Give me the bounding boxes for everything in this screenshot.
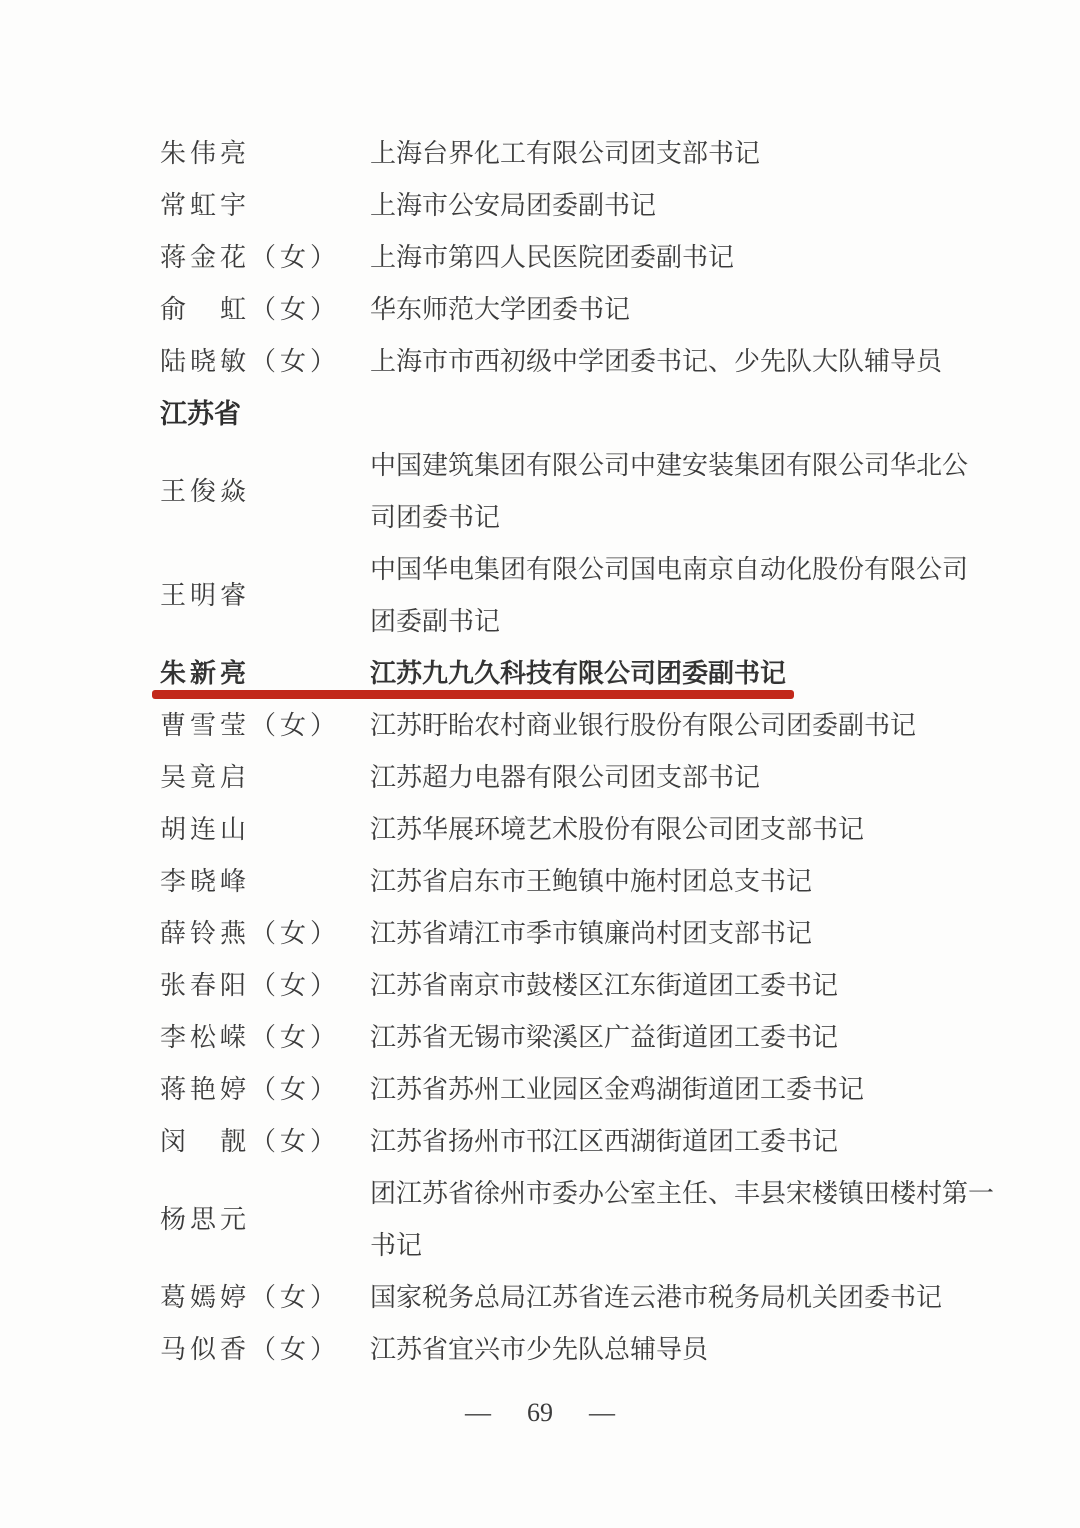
footer-left-dash: — [465, 1398, 491, 1428]
entry-title: 江苏省扬州市邗江区西湖街道团工委书记 [370, 1116, 838, 1168]
entry-name: 杨思元 [160, 1194, 370, 1246]
entry-title: 江苏省宜兴市少先队总辅导员 [370, 1324, 708, 1376]
entry-title-line: 江苏省宜兴市少先队总辅导员 [370, 1324, 708, 1376]
entry-row: 张春阳（女）江苏省南京市鼓楼区江东街道团工委书记 [160, 960, 970, 1012]
entry-row: 蒋艳婷（女）江苏省苏州工业园区金鸡湖街道团工委书记 [160, 1064, 970, 1116]
section-header: 江苏省 [160, 388, 970, 440]
entry-name: 王明睿 [160, 570, 370, 622]
entry-title-line: 司团委书记 [370, 492, 968, 544]
entry-row: 朱伟亮上海台界化工有限公司团支部书记 [160, 128, 970, 180]
entry-title-line: 团委副书记 [370, 596, 968, 648]
entry-row: 杨思元团江苏省徐州市委办公室主任、丰县宋楼镇田楼村第一书记 [160, 1168, 970, 1272]
entry-name: 蒋金花（女） [160, 232, 370, 284]
entry-row: 吴竟启江苏超力电器有限公司团支部书记 [160, 752, 970, 804]
entry-name: 吴竟启 [160, 752, 370, 804]
entry-title-line: 上海市公安局团委副书记 [370, 180, 656, 232]
entry-title: 上海市公安局团委副书记 [370, 180, 656, 232]
entry-title: 江苏省苏州工业园区金鸡湖街道团工委书记 [370, 1064, 864, 1116]
entry-name: 薛铃燕（女） [160, 908, 370, 960]
entry-title: 江苏省靖江市季市镇廉尚村团支部书记 [370, 908, 812, 960]
entry-row: 陆晓敏（女）上海市市西初级中学团委书记、少先队大队辅导员 [160, 336, 970, 388]
entry-title-line: 中国建筑集团有限公司中建安装集团有限公司华北公 [370, 440, 968, 492]
entry-title-line: 华东师范大学团委书记 [370, 284, 630, 336]
entry-title: 上海台界化工有限公司团支部书记 [370, 128, 760, 180]
footer-right-dash: — [589, 1398, 615, 1428]
entry-title-line: 江苏省南京市鼓楼区江东街道团工委书记 [370, 960, 838, 1012]
entry-title-line: 江苏省苏州工业园区金鸡湖街道团工委书记 [370, 1064, 864, 1116]
entry-title-line: 上海市第四人民医院团委副书记 [370, 232, 734, 284]
entry-name: 俞 虹（女） [160, 284, 370, 336]
entry-title-line: 江苏超力电器有限公司团支部书记 [370, 752, 760, 804]
entry-row: 王俊焱中国建筑集团有限公司中建安装集团有限公司华北公司团委书记 [160, 440, 970, 544]
entry-name: 马似香（女） [160, 1324, 370, 1376]
entry-title-line: 团江苏省徐州市委办公室主任、丰县宋楼镇田楼村第一 [370, 1168, 994, 1220]
award-list: 朱伟亮上海台界化工有限公司团支部书记常虹宇上海市公安局团委副书记蒋金花（女）上海… [160, 128, 970, 1376]
entry-title: 江苏省南京市鼓楼区江东街道团工委书记 [370, 960, 838, 1012]
entry-title-line: 国家税务总局江苏省连云港市税务局机关团委书记 [370, 1272, 942, 1324]
entry-row: 马似香（女）江苏省宜兴市少先队总辅导员 [160, 1324, 970, 1376]
entry-title-line: 江苏省启东市王鲍镇中施村团总支书记 [370, 856, 812, 908]
entry-row: 朱新亮江苏九九久科技有限公司团委副书记 [160, 648, 970, 700]
entry-name: 陆晓敏（女） [160, 336, 370, 388]
entry-row: 常虹宇上海市公安局团委副书记 [160, 180, 970, 232]
entry-name: 葛嫣婷（女） [160, 1272, 370, 1324]
entry-row: 薛铃燕（女）江苏省靖江市季市镇廉尚村团支部书记 [160, 908, 970, 960]
entry-title: 国家税务总局江苏省连云港市税务局机关团委书记 [370, 1272, 942, 1324]
entry-name: 朱伟亮 [160, 128, 370, 180]
entry-title: 中国建筑集团有限公司中建安装集团有限公司华北公司团委书记 [370, 440, 968, 544]
entry-name: 曹雪莹（女） [160, 700, 370, 752]
document-page: 朱伟亮上海台界化工有限公司团支部书记常虹宇上海市公安局团委副书记蒋金花（女）上海… [0, 0, 1080, 1528]
entry-title-line: 上海市市西初级中学团委书记、少先队大队辅导员 [370, 336, 942, 388]
entry-title-line: 江苏华展环境艺术股份有限公司团支部书记 [370, 804, 864, 856]
page-number: 69 [527, 1398, 553, 1428]
entry-title-line: 江苏省无锡市梁溪区广益街道团工委书记 [370, 1012, 838, 1064]
entry-row: 王明睿中国华电集团有限公司国电南京自动化股份有限公司团委副书记 [160, 544, 970, 648]
entry-title-line: 江苏省靖江市季市镇廉尚村团支部书记 [370, 908, 812, 960]
entry-title: 上海市第四人民医院团委副书记 [370, 232, 734, 284]
entry-name: 李晓峰 [160, 856, 370, 908]
entry-name: 常虹宇 [160, 180, 370, 232]
entry-title: 江苏省无锡市梁溪区广益街道团工委书记 [370, 1012, 838, 1064]
entry-row: 葛嫣婷（女）国家税务总局江苏省连云港市税务局机关团委书记 [160, 1272, 970, 1324]
entry-row: 曹雪莹（女）江苏盱眙农村商业银行股份有限公司团委副书记 [160, 700, 970, 752]
entry-title: 中国华电集团有限公司国电南京自动化股份有限公司团委副书记 [370, 544, 968, 648]
entry-row: 李晓峰江苏省启东市王鲍镇中施村团总支书记 [160, 856, 970, 908]
highlight-underline [152, 690, 794, 699]
entry-title-line: 中国华电集团有限公司国电南京自动化股份有限公司 [370, 544, 968, 596]
entry-name: 李松嵘（女） [160, 1012, 370, 1064]
entry-row: 李松嵘（女）江苏省无锡市梁溪区广益街道团工委书记 [160, 1012, 970, 1064]
entry-title: 江苏超力电器有限公司团支部书记 [370, 752, 760, 804]
entry-row: 闵 靓（女）江苏省扬州市邗江区西湖街道团工委书记 [160, 1116, 970, 1168]
entry-title: 上海市市西初级中学团委书记、少先队大队辅导员 [370, 336, 942, 388]
entry-name: 王俊焱 [160, 466, 370, 518]
entry-title: 江苏华展环境艺术股份有限公司团支部书记 [370, 804, 864, 856]
entry-row: 蒋金花（女）上海市第四人民医院团委副书记 [160, 232, 970, 284]
entry-name: 蒋艳婷（女） [160, 1064, 370, 1116]
entry-title: 江苏省启东市王鲍镇中施村团总支书记 [370, 856, 812, 908]
entry-title: 华东师范大学团委书记 [370, 284, 630, 336]
entry-name: 张春阳（女） [160, 960, 370, 1012]
entry-title-line: 江苏盱眙农村商业银行股份有限公司团委副书记 [370, 700, 916, 752]
entry-title-line: 书记 [370, 1220, 994, 1272]
entry-name: 闵 靓（女） [160, 1116, 370, 1168]
entry-title: 团江苏省徐州市委办公室主任、丰县宋楼镇田楼村第一书记 [370, 1168, 994, 1272]
entry-row: 胡连山江苏华展环境艺术股份有限公司团支部书记 [160, 804, 970, 856]
page-footer: — 69 — [135, 1398, 945, 1428]
entry-name: 胡连山 [160, 804, 370, 856]
entry-row: 俞 虹（女）华东师范大学团委书记 [160, 284, 970, 336]
entry-title-line: 江苏省扬州市邗江区西湖街道团工委书记 [370, 1116, 838, 1168]
entry-title: 江苏盱眙农村商业银行股份有限公司团委副书记 [370, 700, 916, 752]
entry-title-line: 上海台界化工有限公司团支部书记 [370, 128, 760, 180]
